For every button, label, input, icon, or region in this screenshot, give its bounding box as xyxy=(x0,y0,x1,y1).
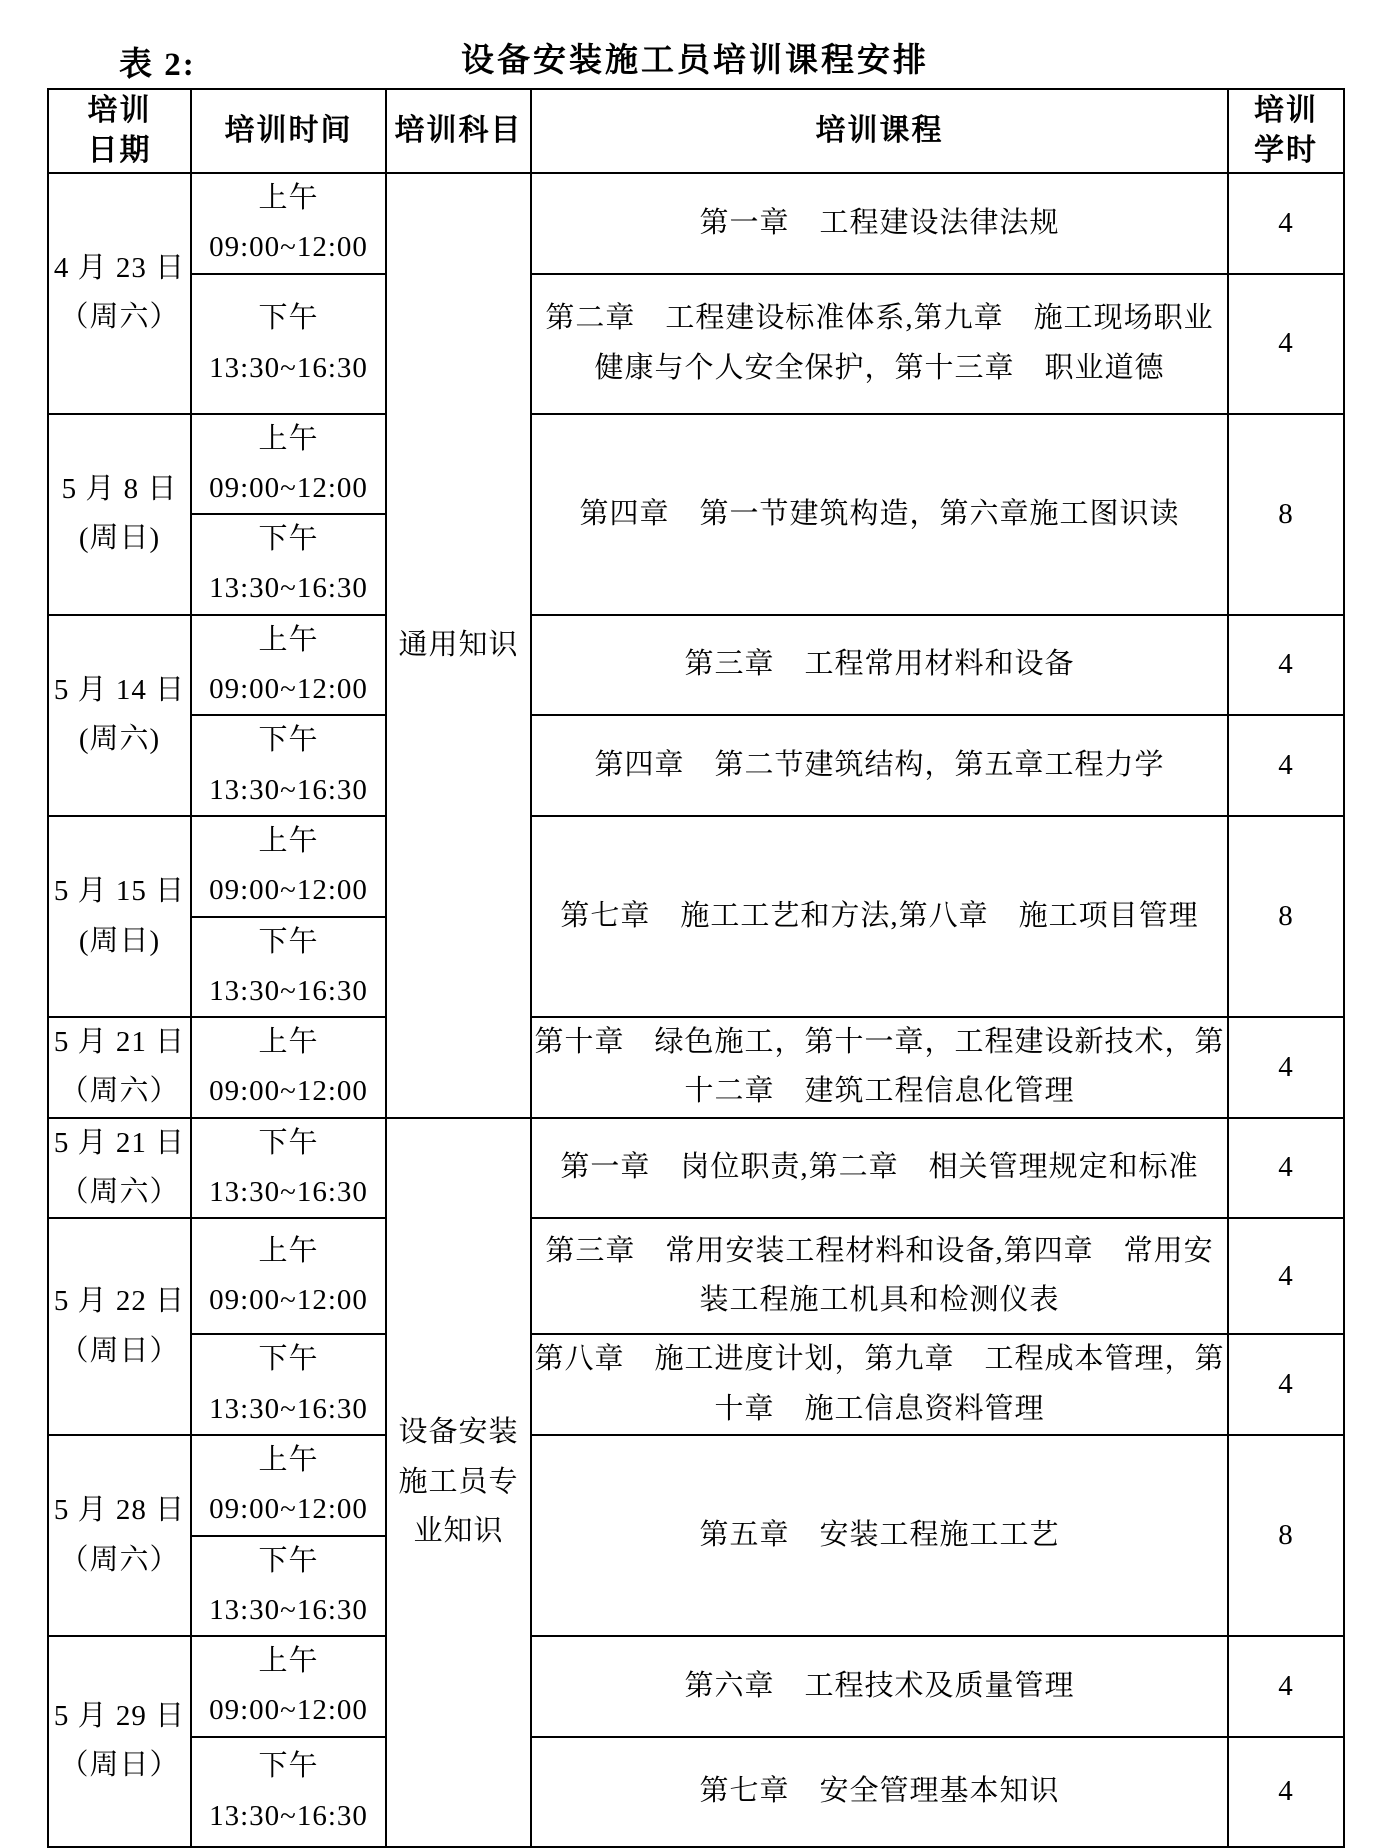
title-row: 表 2: 设备安装施工员培训课程安排 xyxy=(47,34,1343,86)
table-number-label: 表 2: xyxy=(119,38,196,85)
time-cell: 下午 13:30~16:30 xyxy=(191,1737,386,1847)
course-cell: 第一章 工程建设法律法规 xyxy=(531,173,1228,274)
table-row: 5 月 8 日 (周日) 上午 09:00~12:00 第四章 第一节建筑构造，… xyxy=(48,414,1344,515)
hours-cell: 8 xyxy=(1228,816,1344,1017)
time-cell: 下午 13:30~16:30 xyxy=(191,1334,386,1435)
date-cell: 5 月 21 日 （周六） xyxy=(48,1118,191,1219)
hours-cell: 4 xyxy=(1228,1218,1344,1334)
table-row: 5 月 21 日 （周六） 下午 13:30~16:30 设备安装 施工员专 业… xyxy=(48,1118,1344,1219)
time-cell: 下午 13:30~16:30 xyxy=(191,274,386,414)
time-cell: 下午 13:30~16:30 xyxy=(191,514,386,615)
subject-cell-general: 通用知识 xyxy=(386,173,531,1118)
time-cell: 上午 09:00~12:00 xyxy=(191,615,386,716)
table-row: 5 月 21 日 （周六） 上午 09:00~12:00 第十章 绿色施工，第十… xyxy=(48,1017,1344,1118)
time-cell: 上午 09:00~12:00 xyxy=(191,816,386,917)
hours-cell: 4 xyxy=(1228,1334,1344,1435)
hours-cell: 4 xyxy=(1228,1636,1344,1737)
document-page: 表 2: 设备安装施工员培训课程安排 培训 日期 培训时间 培训科目 培训课程 … xyxy=(0,0,1400,1768)
course-cell: 第七章 安全管理基本知识 xyxy=(531,1737,1228,1847)
date-cell: 5 月 14 日 (周六) xyxy=(48,615,191,816)
course-cell: 第六章 工程技术及质量管理 xyxy=(531,1636,1228,1737)
table-row: 下午 13:30~16:30 第二章 工程建设标准体系,第九章 施工现场职业健康… xyxy=(48,274,1344,414)
header-subject: 培训科目 xyxy=(386,89,531,173)
hours-cell: 8 xyxy=(1228,414,1344,615)
course-cell: 第一章 岗位职责,第二章 相关管理规定和标准 xyxy=(531,1118,1228,1219)
course-cell: 第三章 常用安装工程材料和设备,第四章 常用安装工程施工机具和检测仪表 xyxy=(531,1218,1228,1334)
table-row: 5 月 15 日 (周日) 上午 09:00~12:00 第七章 施工工艺和方法… xyxy=(48,816,1344,917)
training-schedule-table: 培训 日期 培训时间 培训科目 培训课程 培训 学时 4 月 23 日 （周六）… xyxy=(47,88,1345,1848)
hours-cell: 4 xyxy=(1228,1017,1344,1118)
date-cell: 4 月 23 日 （周六） xyxy=(48,173,191,414)
table-row: 下午 13:30~16:30 第四章 第二节建筑结构，第五章工程力学 4 xyxy=(48,715,1344,816)
header-time: 培训时间 xyxy=(191,89,386,173)
header-hours: 培训 学时 xyxy=(1228,89,1344,173)
course-cell: 第七章 施工工艺和方法,第八章 施工项目管理 xyxy=(531,816,1228,1017)
date-cell: 5 月 29 日 （周日） xyxy=(48,1636,191,1847)
time-cell: 上午 09:00~12:00 xyxy=(191,1218,386,1334)
header-date: 培训 日期 xyxy=(48,89,191,173)
time-cell: 下午 13:30~16:30 xyxy=(191,1118,386,1219)
time-cell: 下午 13:30~16:30 xyxy=(191,917,386,1018)
course-cell: 第五章 安装工程施工工艺 xyxy=(531,1435,1228,1636)
course-cell: 第四章 第一节建筑构造，第六章施工图识读 xyxy=(531,414,1228,615)
time-cell: 上午 09:00~12:00 xyxy=(191,414,386,515)
time-cell: 上午 09:00~12:00 xyxy=(191,1435,386,1536)
time-cell: 下午 13:30~16:30 xyxy=(191,715,386,816)
page-title: 设备安装施工员培训课程安排 xyxy=(47,34,1343,81)
hours-cell: 4 xyxy=(1228,1737,1344,1847)
table-row: 5 月 14 日 (周六) 上午 09:00~12:00 第三章 工程常用材料和… xyxy=(48,615,1344,716)
hours-cell: 4 xyxy=(1228,615,1344,716)
header-row: 培训 日期 培训时间 培训科目 培训课程 培训 学时 xyxy=(48,89,1344,173)
table-row: 下午 13:30~16:30 第七章 安全管理基本知识 4 xyxy=(48,1737,1344,1847)
time-cell: 上午 09:00~12:00 xyxy=(191,1636,386,1737)
time-cell: 上午 09:00~12:00 xyxy=(191,173,386,274)
table-row: 5 月 22 日 （周日） 上午 09:00~12:00 第三章 常用安装工程材… xyxy=(48,1218,1344,1334)
hours-cell: 4 xyxy=(1228,173,1344,274)
course-cell: 第八章 施工进度计划，第九章 工程成本管理，第十章 施工信息资料管理 xyxy=(531,1334,1228,1435)
table-row: 5 月 28 日 （周六） 上午 09:00~12:00 第五章 安装工程施工工… xyxy=(48,1435,1344,1536)
hours-cell: 4 xyxy=(1228,715,1344,816)
hours-cell: 8 xyxy=(1228,1435,1344,1636)
time-cell: 上午 09:00~12:00 xyxy=(191,1017,386,1118)
date-cell: 5 月 22 日 （周日） xyxy=(48,1218,191,1435)
date-cell: 5 月 21 日 （周六） xyxy=(48,1017,191,1118)
course-cell: 第四章 第二节建筑结构，第五章工程力学 xyxy=(531,715,1228,816)
date-cell: 5 月 8 日 (周日) xyxy=(48,414,191,615)
subject-cell-professional: 设备安装 施工员专 业知识 xyxy=(386,1118,531,1847)
hours-cell: 4 xyxy=(1228,1118,1344,1219)
table-row: 下午 13:30~16:30 第八章 施工进度计划，第九章 工程成本管理，第十章… xyxy=(48,1334,1344,1435)
date-cell: 5 月 28 日 （周六） xyxy=(48,1435,191,1636)
header-course: 培训课程 xyxy=(531,89,1228,173)
date-cell: 5 月 15 日 (周日) xyxy=(48,816,191,1017)
table-row: 5 月 29 日 （周日） 上午 09:00~12:00 第六章 工程技术及质量… xyxy=(48,1636,1344,1737)
course-cell: 第三章 工程常用材料和设备 xyxy=(531,615,1228,716)
course-cell: 第十章 绿色施工，第十一章，工程建设新技术，第十二章 建筑工程信息化管理 xyxy=(531,1017,1228,1118)
time-cell: 下午 13:30~16:30 xyxy=(191,1536,386,1637)
course-cell: 第二章 工程建设标准体系,第九章 施工现场职业健康与个人安全保护，第十三章 职业… xyxy=(531,274,1228,414)
table-row: 4 月 23 日 （周六） 上午 09:00~12:00 通用知识 第一章 工程… xyxy=(48,173,1344,274)
hours-cell: 4 xyxy=(1228,274,1344,414)
